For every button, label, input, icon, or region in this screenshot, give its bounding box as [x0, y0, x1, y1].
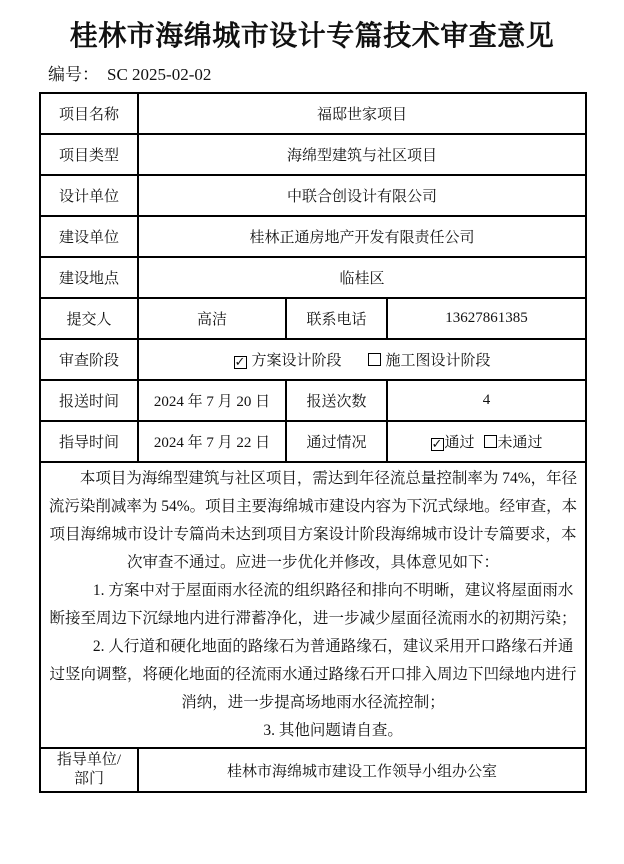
row-construction-unit: 建设单位 桂林正通房地产开发有限责任公司 — [40, 216, 586, 257]
location-value: 临桂区 — [138, 257, 586, 298]
row-guidance: 指导时间 2024 年 7 月 22 日 通过情况 ✓通过未通过 — [40, 421, 586, 462]
phone-value: 13627861385 — [387, 298, 586, 339]
review-opinion-cell: 本项目为海绵型建筑与社区项目，需达到年径流总量控制率为 74%，年径流污染削减率… — [40, 462, 586, 748]
submission-time-label: 报送时间 — [40, 380, 138, 421]
checkbox-checked-icon: ✓ — [431, 438, 444, 451]
row-review-stage: 审查阶段 ✓方案设计阶段施工图设计阶段 — [40, 339, 586, 380]
checkbox-unchecked-icon — [368, 353, 381, 366]
pass-option: 通过 — [445, 435, 475, 451]
opinion-item-1: 1. 方案中对于屋面雨水径流的组织路径和排向不明晰，建议将屋面雨水断接至周边下沉… — [45, 577, 581, 633]
review-form-table: 项目名称 福邸世家项目 项目类型 海绵型建筑与社区项目 设计单位 中联合创设计有… — [39, 92, 587, 793]
phone-label: 联系电话 — [286, 298, 387, 339]
guidance-unit-label-line2: 部门 — [45, 770, 133, 789]
project-name-label: 项目名称 — [40, 93, 138, 134]
checkbox-checked-icon: ✓ — [234, 356, 247, 369]
project-type-value: 海绵型建筑与社区项目 — [138, 134, 586, 175]
review-stage-label: 审查阶段 — [40, 339, 138, 380]
guidance-time-value: 2024 年 7 月 22 日 — [138, 421, 286, 462]
opinion-item-3: 3. 其他问题请自查。 — [45, 717, 581, 745]
project-type-label: 项目类型 — [40, 134, 138, 175]
row-project-type: 项目类型 海绵型建筑与社区项目 — [40, 134, 586, 175]
submitter-label: 提交人 — [40, 298, 138, 339]
row-submitter: 提交人 高洁 联系电话 13627861385 — [40, 298, 586, 339]
submission-time-value: 2024 年 7 月 20 日 — [138, 380, 286, 421]
review-stage-value: ✓方案设计阶段施工图设计阶段 — [138, 339, 586, 380]
row-project-name: 项目名称 福邸世家项目 — [40, 93, 586, 134]
guidance-unit-label: 指导单位/ 部门 — [40, 748, 138, 792]
document-page: 桂林市海绵城市设计专篇技术审查意见 编号：SC 2025-02-02 项目名称 … — [0, 0, 624, 864]
row-design-unit: 设计单位 中联合创设计有限公司 — [40, 175, 586, 216]
doc-number-label: 编号： — [48, 65, 99, 84]
pass-status-label: 通过情况 — [286, 421, 387, 462]
construction-unit-label: 建设单位 — [40, 216, 138, 257]
review-stage-option-scheme: 方案设计阶段 — [252, 353, 342, 369]
location-label: 建设地点 — [40, 257, 138, 298]
pass-status-value: ✓通过未通过 — [387, 421, 586, 462]
opinion-item-2: 2. 人行道和硬化地面的路缘石为普通路缘石，建议采用开口路缘石并通过竖向调整，将… — [45, 633, 581, 717]
submission-count-value: 4 — [387, 380, 586, 421]
document-title: 桂林市海绵城市设计专篇技术审查意见 — [0, 0, 624, 54]
project-name-value: 福邸世家项目 — [138, 93, 586, 134]
row-guidance-unit: 指导单位/ 部门 桂林市海绵城市建设工作领导小组办公室 — [40, 748, 586, 792]
submission-count-label: 报送次数 — [286, 380, 387, 421]
submitter-name: 高洁 — [138, 298, 286, 339]
row-submission: 报送时间 2024 年 7 月 20 日 报送次数 4 — [40, 380, 586, 421]
guidance-unit-label-line1: 指导单位/ — [45, 751, 133, 770]
fail-option: 未通过 — [498, 435, 543, 451]
guidance-time-label: 指导时间 — [40, 421, 138, 462]
guidance-unit-value: 桂林市海绵城市建设工作领导小组办公室 — [138, 748, 586, 792]
design-unit-value: 中联合创设计有限公司 — [138, 175, 586, 216]
design-unit-label: 设计单位 — [40, 175, 138, 216]
row-location: 建设地点 临桂区 — [40, 257, 586, 298]
opinion-paragraph-summary: 本项目为海绵型建筑与社区项目，需达到年径流总量控制率为 74%，年径流污染削减率… — [45, 465, 581, 577]
row-opinion: 本项目为海绵型建筑与社区项目，需达到年径流总量控制率为 74%，年径流污染削减率… — [40, 462, 586, 748]
checkbox-unchecked-icon — [484, 435, 497, 448]
doc-number-value: SC 2025-02-02 — [107, 65, 211, 84]
doc-number-line: 编号：SC 2025-02-02 — [48, 64, 624, 86]
construction-unit-value: 桂林正通房地产开发有限责任公司 — [138, 216, 586, 257]
review-stage-option-construction: 施工图设计阶段 — [386, 353, 491, 369]
